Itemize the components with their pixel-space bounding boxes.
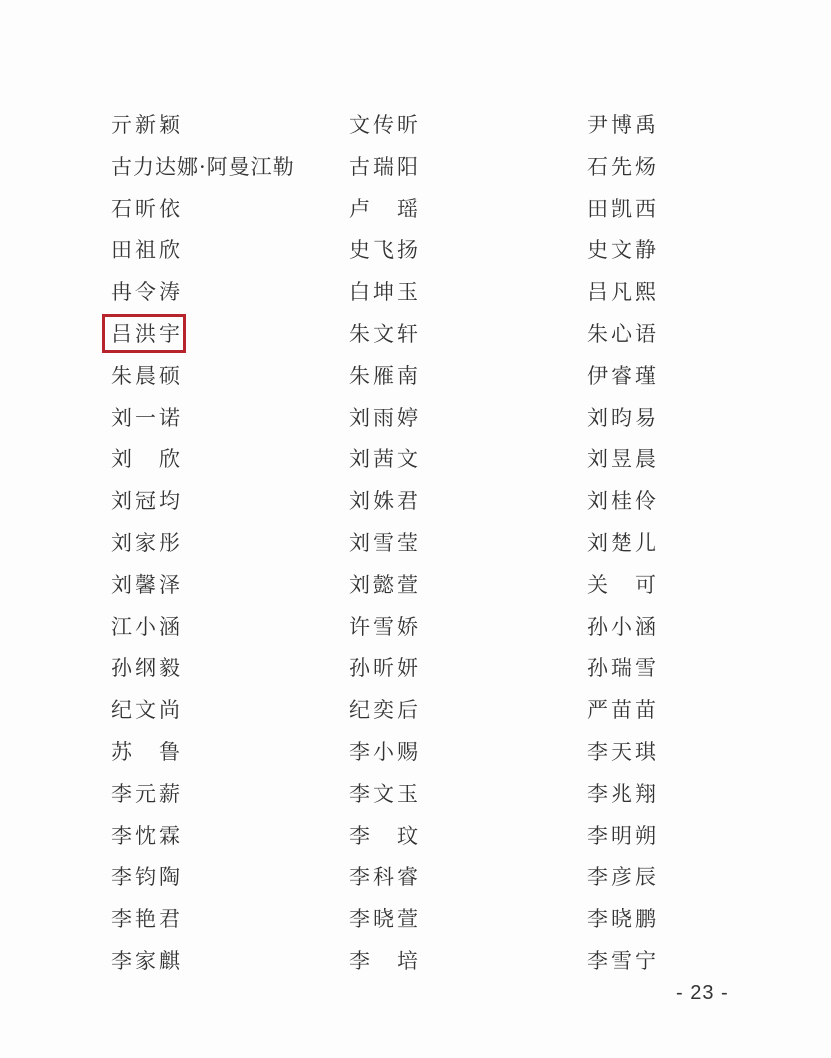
name-entry: 李晓萱 — [349, 905, 421, 933]
name-entry: 苏 鲁 — [111, 738, 183, 766]
name-entry: 刘楚儿 — [587, 529, 659, 557]
name-entry: 刘懿萱 — [349, 571, 421, 599]
name-entry: 李艳君 — [111, 905, 183, 933]
name-entry: 孙瑞雪 — [587, 654, 659, 682]
name-entry: 吕凡熙 — [587, 278, 659, 306]
name-entry: 李家麒 — [111, 947, 183, 975]
name-entry: 田凯西 — [587, 195, 659, 223]
name-entry: 李文玉 — [349, 780, 421, 808]
name-entry: 史飞扬 — [349, 236, 421, 264]
name-entry: 伊睿瑾 — [587, 362, 659, 390]
name-entry: 刘姝君 — [349, 487, 421, 515]
name-entry: 严苗苗 — [587, 696, 659, 724]
name-entry: 李兆翔 — [587, 780, 659, 808]
name-entry: 刘一诺 — [111, 404, 183, 432]
name-entry: 石先炀 — [587, 153, 659, 181]
name-entry: 刘雨婷 — [349, 404, 421, 432]
name-entry: 古力达娜·阿曼江勒 — [111, 153, 295, 181]
name-entry: 李 玟 — [349, 822, 421, 850]
name-entry: 孙昕妍 — [349, 654, 421, 682]
name-entry: 史文静 — [587, 236, 659, 264]
name-entry: 朱雁南 — [349, 362, 421, 390]
name-entry: 古瑞阳 — [349, 153, 421, 181]
name-entry: 孙纲毅 — [111, 654, 183, 682]
name-entry: 尹博禹 — [587, 111, 659, 139]
name-entry: 朱文轩 — [349, 320, 421, 348]
name-entry: 江小涵 — [111, 613, 183, 641]
name-entry: 李彦辰 — [587, 863, 659, 891]
name-entry: 冉令涛 — [111, 278, 183, 306]
name-entry: 许雪娇 — [349, 613, 421, 641]
name-entry: 李明朔 — [587, 822, 659, 850]
name-entry: 纪奕后 — [349, 696, 421, 724]
name-entry: 关 可 — [587, 571, 659, 599]
name-entry: 刘昀易 — [587, 404, 659, 432]
name-entry: 李元薪 — [111, 780, 183, 808]
name-entry: 刘雪莹 — [349, 529, 421, 557]
name-entry: 田祖欣 — [111, 236, 183, 264]
name-entry: 刘家彤 — [111, 529, 183, 557]
name-entry: 刘 欣 — [111, 445, 183, 473]
name-entry: 卢 瑶 — [349, 195, 421, 223]
name-entry: 白坤玉 — [349, 278, 421, 306]
name-entry: 刘冠均 — [111, 487, 183, 515]
name-entry: 朱心语 — [587, 320, 659, 348]
name-entry: 朱晨硕 — [111, 362, 183, 390]
name-entry: 亓新颖 — [111, 111, 183, 139]
name-entry: 李忱霖 — [111, 822, 183, 850]
name-entry: 纪文尚 — [111, 696, 183, 724]
name-entry: 刘茜文 — [349, 445, 421, 473]
name-entry: 孙小涵 — [587, 613, 659, 641]
document-page: 亓新颖古力达娜·阿曼江勒石昕依田祖欣冉令涛吕洪宇朱晨硕刘一诺刘 欣刘冠均刘家彤刘… — [0, 0, 831, 1058]
name-entry: 李天琪 — [587, 738, 659, 766]
name-entry: 李晓鹏 — [587, 905, 659, 933]
name-entry: 文传昕 — [349, 111, 421, 139]
name-entry: 石昕依 — [111, 195, 183, 223]
page-number: - 23 - — [676, 982, 729, 1005]
name-entry: 刘馨泽 — [111, 571, 183, 599]
name-entry: 刘桂伶 — [587, 487, 659, 515]
name-entry: 李科睿 — [349, 863, 421, 891]
highlight-box — [102, 314, 186, 353]
name-entry: 刘昱晨 — [587, 445, 659, 473]
name-entry: 李雪宁 — [587, 947, 659, 975]
name-entry: 李钧陶 — [111, 863, 183, 891]
name-entry: 李 培 — [349, 947, 421, 975]
name-entry: 李小赐 — [349, 738, 421, 766]
